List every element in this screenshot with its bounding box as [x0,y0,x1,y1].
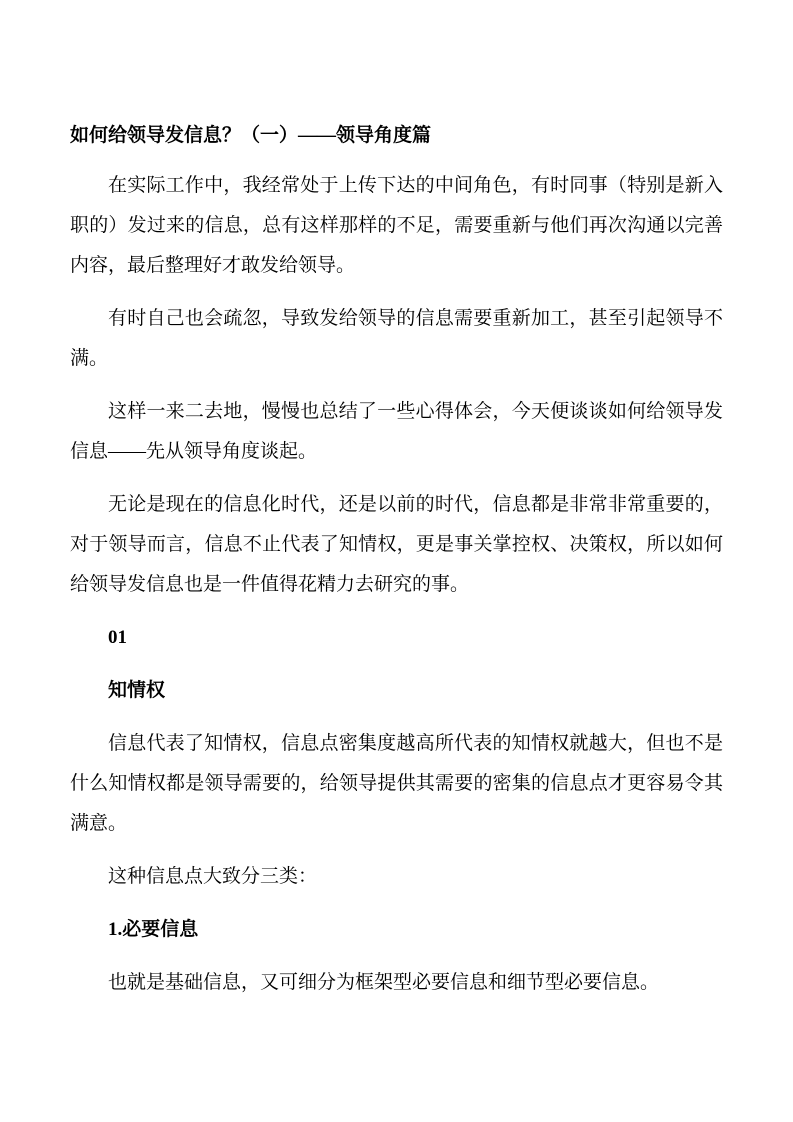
body-paragraph: 有时自己也会疏忽，导致发给领导的信息需要重新加工，甚至引起领导不满。 [70,299,723,379]
document-page: 如何给领导发信息？（一）——领导角度篇 在实际工作中，我经常处于上传下达的中间角… [0,0,793,1122]
body-paragraph: 无论是现在的信息化时代，还是以前的时代，信息都是非常非常重要的，对于领导而言，信… [70,485,723,605]
section-number-heading: 01 [70,618,723,658]
document-title: 如何给领导发信息？（一）——领导角度篇 [70,116,723,156]
body-paragraph: 在实际工作中，我经常处于上传下达的中间角色，有时同事（特别是新入职的）发过来的信… [70,166,723,286]
body-paragraph: 这样一来二去地，慢慢也总结了一些心得体会，今天便谈谈如何给领导发信息——先从领导… [70,392,723,472]
body-paragraph: 信息代表了知情权，信息点密集度越高所代表的知情权就越大，但也不是什么知情权都是领… [70,724,723,844]
body-paragraph: 这种信息点大致分三类： [70,857,723,897]
body-paragraph: 也就是基础信息，又可细分为框架型必要信息和细节型必要信息。 [70,963,723,1003]
subsection-heading: 1.必要信息 [70,910,723,950]
section-title-heading: 知情权 [70,671,723,711]
